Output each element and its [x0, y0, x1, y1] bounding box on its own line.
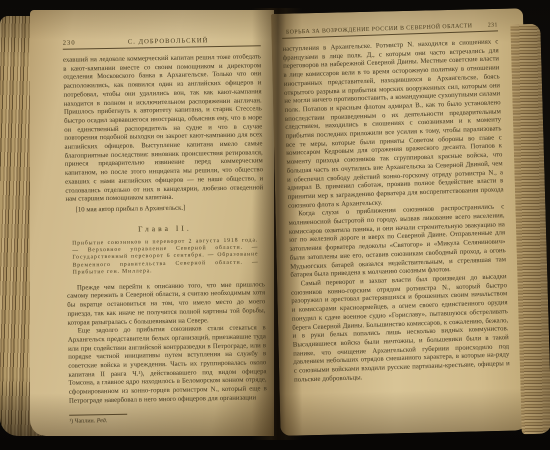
right-page-text-column: БОРЬБА ЗА ВОЗРОЖДЕНИЕ РОССИИ В СЕВЕРНОЙ … [282, 22, 510, 385]
paragraph: Еще задолго до прибытия союзников стали … [68, 324, 267, 406]
left-running-head: 230 С. ДОБРОВОЛЬСКИЙ [63, 36, 261, 49]
book-photo: 230 С. ДОБРОВОЛЬСКИЙ ехавший на ледоколе… [0, 0, 550, 450]
chapter-summary: Прибытие союзников и переворот 2 августа… [72, 237, 259, 277]
footnote-editor-mark: Ред. [97, 418, 108, 424]
paragraph: Самый переворот и захват власти был прои… [291, 273, 511, 385]
chapter-heading: Глава II. [66, 222, 264, 234]
left-page-number: 230 [63, 40, 76, 47]
paragraph: Прежде чем перейти к описанию того, что … [67, 281, 266, 328]
footnote-text: ¹) Чаплин. [69, 418, 95, 424]
paragraph: наступления в Архангельске. Ротмистр N. … [282, 38, 504, 211]
left-page-text-column: 230 С. ДОБРОВОЛЬСКИЙ ехавший на ледоколе… [63, 36, 268, 425]
footnote-divider [69, 413, 127, 415]
right-page-number: 231 [488, 22, 498, 28]
paragraph: Когда слухи о приближении союзников расп… [288, 204, 506, 281]
editor-note: [10 мая автор прибыл в Архангельск.] [66, 203, 264, 215]
paragraph: ехавший на ледоколе коммерческий капитан… [63, 53, 264, 204]
